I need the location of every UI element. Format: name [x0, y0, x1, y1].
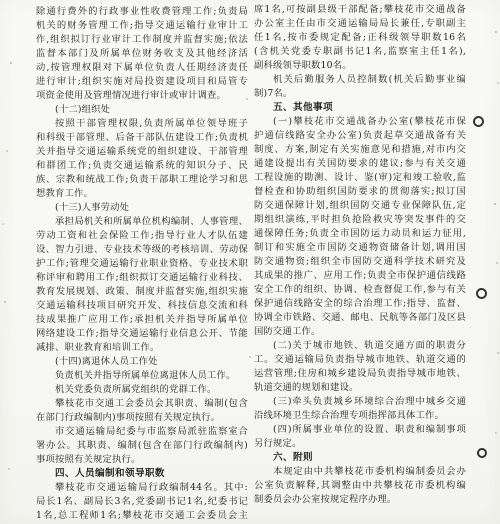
text-line: 护通信线路安全办公室)负责起草交通战备有关	[254, 129, 466, 143]
text-line: 事项按照有关规定执行。	[36, 453, 248, 467]
text-line: (十三)人事劳动处	[36, 201, 248, 215]
text-line: (十二)组织处	[36, 103, 248, 117]
text-line: 教育发展规划、政策、制度并监督实施,组织实施	[36, 285, 248, 299]
text-line: 另行规定。	[254, 437, 466, 451]
text-line: 制)7名。	[254, 87, 466, 101]
text-line: 监督本部门及所属单位财务收支及其他经济活	[36, 47, 248, 61]
text-line: 项资金使用及管理情况进行审计或审计调查。	[36, 89, 248, 103]
text-line: (二)关于城市地铁、轨道交通方面的职责分	[254, 339, 466, 353]
ink-ring-mark	[476, 447, 487, 458]
text-line: (四)所属事业单位的设置、职责和编制事项	[254, 423, 466, 437]
text-line: 运营管理;住房和城乡建设局负责指导城市地铁、	[254, 367, 466, 381]
text-line: (三)牵头负责城乡环境综合治理中城乡交通	[254, 395, 466, 409]
text-line: 称评审和聘用工作;组织拟订交通运输行业科技、	[36, 271, 248, 285]
text-line: 除通行费外的行政事业性收费管理工作;负责局	[36, 5, 248, 19]
scan-noise	[0, 0, 2, 2]
text-line: (十四)离退休人员工作处	[36, 355, 248, 369]
text-line: 减排、职业教育和培训工作。	[36, 341, 248, 355]
text-line: 护工作;管理交通运输行业职业资格、专业技术职	[36, 257, 248, 271]
section-heading-line: 六、附则	[254, 451, 466, 465]
text-line: 设、智力引进、专业技术等级的考核培训、劳动保	[36, 243, 248, 257]
text-line: 席1名,可按副县级干部配备;攀枝花市交通战备	[254, 3, 466, 17]
text-line: 和科级干部管理、后备干部队伍建设工作;负责机	[36, 131, 248, 145]
text-line: 署办公。其职责、编制(包含在部门行政编制内)	[36, 439, 248, 453]
text-line: 动,按管理权限对下属单位负责人任期经济责任	[36, 61, 248, 75]
text-line: 工。交通运输局负责指导城市地铁、轨道交通的	[254, 353, 466, 367]
text-column-right: 席1名,可按副县级干部配备;攀枝花市交通战备办公室主任由市交通运输局局长兼任,专…	[254, 3, 466, 507]
text-line: 沿线环境卫生综合治理专项指挥部具体工作。	[254, 409, 466, 423]
text-line: 机关党委负责所属党组织的党群工作。	[36, 383, 248, 397]
text-line: (一)攀枝花市交通战备办公室(攀枝花市保	[254, 115, 466, 129]
text-line: 本规定由中共攀枝花市委机构编制委员会办	[254, 465, 466, 479]
text-line: 国防交通工作。	[254, 325, 466, 339]
text-line: 劳动工资和社会保险工作;指导行业人才队伍建	[36, 229, 248, 243]
text-line: 作,组织拟订行业审计工作制度并监督实施;依法	[36, 33, 248, 47]
text-line: 防交通物资;组织全市国防交通科学技术研究及	[254, 255, 466, 269]
ink-ring-mark	[475, 287, 487, 299]
text-line: 通保障任务;负责全市国防运力动员和运力征用,	[254, 227, 466, 241]
text-line: 通建设提出有关国防要求的建议;参与有关交通	[254, 157, 466, 171]
ink-ring-mark	[472, 115, 484, 127]
text-line: 技成果推广应用工作;承担机关并指导所属单位	[36, 313, 248, 327]
text-line: 办公室主任由市交通运输局局长兼任,专职副主	[254, 17, 466, 31]
text-line: 机关的财务管理工作;指导交通运输行业审计工	[36, 19, 248, 33]
text-line: 期组织演练,平时担负抢险救灾等突发事件的交	[254, 213, 466, 227]
text-line: 关并指导交通运输系统党的组织建设、干部管理	[36, 145, 248, 159]
text-line: 防交通保障计划,组织国防交通专业保障队伍,定	[254, 199, 466, 213]
text-line: 协调全市铁路、交通、邮电、民航等各部门及区县	[254, 311, 466, 325]
text-line: 保护通信线路安全的综合治理工作;指导、监督、	[254, 297, 466, 311]
text-line: 交通运输科技项目研究开发、科技信息交流和科	[36, 299, 248, 313]
text-line: 制订和实施全市国防交通物资储备计划,调用国	[254, 241, 466, 255]
text-column-left: 除通行费外的行政事业性收费管理工作;负责局机关的财务管理工作;指导交通运输行业审…	[36, 5, 248, 523]
text-line: 制委员会办公室按规定程序办理。	[254, 493, 466, 507]
document-page: 除通行费外的行政事业性收费管理工作;负责局机关的财务管理工作;指导交通运输行业审…	[0, 0, 500, 524]
text-line: 副科级领导职数10名。	[254, 59, 466, 73]
text-line: 市交通运输局纪委与市监察局派驻监察室合	[36, 425, 248, 439]
text-line: 攀枝花市交通运输局行政编制44名。其中:	[36, 481, 248, 495]
text-line: 1名,总工程师1名;攀枝花市交通工会委员会主	[36, 509, 248, 523]
text-line: 族、宗教和统战工作;负责干部职工理论学习和思	[36, 173, 248, 187]
text-line: 和群团工作;负责交通运输系统的知识分子、民	[36, 159, 248, 173]
text-line: 攀枝花市交通工会委员会其职责、编制(包含	[36, 397, 248, 411]
text-line: 督检查和协助组织国防要求的贯彻落实;拟订国	[254, 185, 466, 199]
text-line: 按照干部管理权限,负责所属单位领导班子	[36, 117, 248, 131]
text-line: 承担局机关和所属单位机构编制、人事管理、	[36, 215, 248, 229]
text-line: 安全工作的组织、协调、检查督促工作,参与有关	[254, 283, 466, 297]
text-line: 在部门行政编制内)事项按照有关规定执行。	[36, 411, 248, 425]
text-line: 轨道交通的规划和建设。	[254, 381, 466, 395]
section-heading-line: 五、其他事项	[254, 101, 466, 115]
text-line: 机关后勤服务人员控制数(机关后勤事业编	[254, 73, 466, 87]
text-line: 任1名,按市委规定配备;正科级领导职数16名	[254, 31, 466, 45]
text-line: 公室负责解释,其调整由中共攀枝花市委机构编	[254, 479, 466, 493]
text-line: 想教育工作。	[36, 187, 248, 201]
text-line: 其成果的推广、应用工作;负责全市保护通信线路	[254, 269, 466, 283]
text-line: 网络建设工作;指导交通运输行业信息公开、节能	[36, 327, 248, 341]
text-line: 进行审计;组织实施对局投资建设项目和局管专	[36, 75, 248, 89]
section-heading-line: 四、人员编制和领导职数	[36, 467, 248, 481]
text-line: (含机关党委专职副书记1名,监察室主任1名),	[254, 45, 466, 59]
text-line: 负责机关并指导所属单位离退休人员工作。	[36, 369, 248, 383]
text-line: 局长1名、副局长3名,党委副书记1名,纪委书记	[36, 495, 248, 509]
text-line: 工程设施的勘测、设计、鉴(审)定和竣工验收,监	[254, 171, 466, 185]
text-line: 制度、方案,制定有关实施意见和措施,对市内交	[254, 143, 466, 157]
